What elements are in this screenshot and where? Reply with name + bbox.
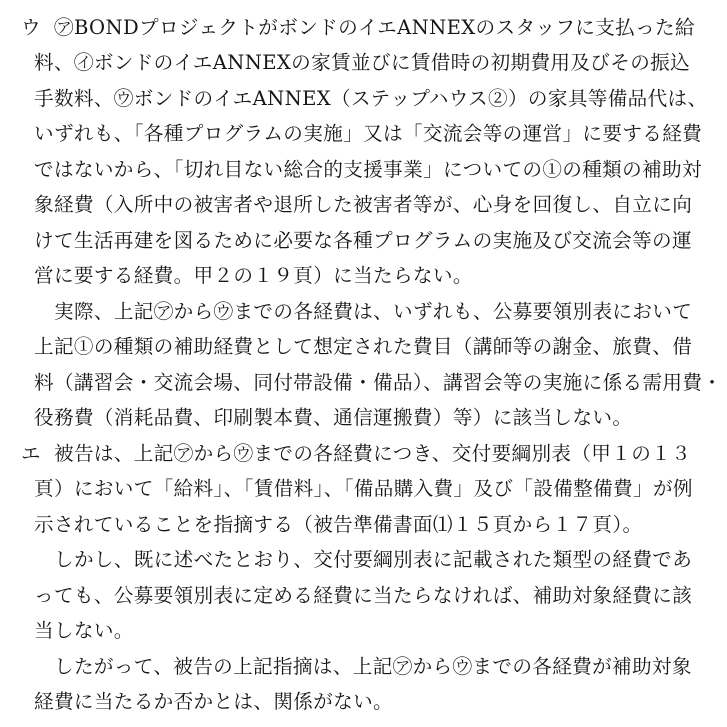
text-line: っても、公募要領別表に定める経費に当たらなければ、補助対象経費に該 [0, 581, 727, 611]
paragraph-line: ㋐BONDプロジェクトがボンドのイエANNEXのスタッフに支払った給 [54, 13, 695, 43]
text-line: 経費に当たるか否かとは、関係がない。 [0, 687, 727, 717]
paragraph-line: 示されていることを指摘する（被告準備書面⑴１５頁から１７頁）。 [34, 510, 642, 540]
text-line: ウ ㋐BONDプロジェクトがボンドのイエANNEXのスタッフに支払った給 [0, 13, 727, 43]
paragraph-line: 上記①の種類の補助経費として想定された費目（講師等の謝金、旅費、借 [34, 332, 692, 362]
paragraph-line: 当しない。 [34, 616, 134, 646]
paragraph-line: 頁）において「給料」、「賃借料」、「備品購入費」及び「設備整備費」が例 [34, 474, 693, 504]
paragraph-line: 象経費（入所中の被害者や退所した被害者等が、心身を回復し、自立に向 [34, 190, 692, 220]
paragraph-line: 経費に当たるか否かとは、関係がない。 [34, 687, 393, 717]
text-line: 料、㋑ボンドのイエANNEXの家賃並びに賃借時の初期費用及びその振込 [0, 48, 727, 78]
text-line: 実際、上記㋐から㋒までの各経費は、いずれも、公募要領別表において [0, 297, 727, 327]
paragraph-line: 実際、上記㋐から㋒までの各経費は、いずれも、公募要領別表において [54, 297, 692, 327]
section-marker-u: ウ [21, 13, 41, 43]
paragraph-line: っても、公募要領別表に定める経費に当たらなければ、補助対象経費に該 [34, 581, 692, 611]
text-line: 当しない。 [0, 616, 727, 646]
text-line: 料（講習会・交流会場、同付帯設備・備品）、講習会等の実施に係る需用費・ [0, 368, 727, 398]
paragraph-line: けて生活再建を図るために必要な各種プログラムの実施及び交流会等の運 [34, 226, 692, 256]
paragraph-line: 被告は、上記㋐から㋒までの各経費につき、交付要綱別表（甲１の１３ [54, 439, 691, 469]
text-line: いずれも、「各種プログラムの実施」又は「交流会等の運営」に要する経費 [0, 119, 727, 149]
text-line: 手数料、㋒ボンドのイエANNEX（ステップハウス②）の家具等備品代は、 [0, 84, 727, 114]
text-line: 上記①の種類の補助経費として想定された費目（講師等の謝金、旅費、借 [0, 332, 727, 362]
text-line: 象経費（入所中の被害者や退所した被害者等が、心身を回復し、自立に向 [0, 190, 727, 220]
paragraph-line: 手数料、㋒ボンドのイエANNEX（ステップハウス②）の家具等備品代は、 [34, 84, 707, 114]
section-marker-e: エ [21, 439, 41, 469]
paragraph-line: 役務費（消耗品費、印刷製本費、通信運搬費）等）に該当しない。 [34, 403, 632, 433]
paragraph-line: したがって、被告の上記指摘は、上記㋐から㋒までの各経費が補助対象 [54, 652, 692, 682]
document-page: ウ ㋐BONDプロジェクトがボンドのイエANNEXのスタッフに支払った給 料、㋑… [0, 0, 727, 727]
text-line: 営に要する経費。甲２の１９頁）に当たらない。 [0, 261, 727, 291]
paragraph-line: 料、㋑ボンドのイエANNEXの家賃並びに賃借時の初期費用及びその振込 [34, 48, 690, 78]
text-line: 頁）において「給料」、「賃借料」、「備品購入費」及び「設備整備費」が例 [0, 474, 727, 504]
paragraph-line: いずれも、「各種プログラムの実施」又は「交流会等の運営」に要する経費 [34, 119, 702, 149]
paragraph-line: しかし、既に述べたとおり、交付要綱別表に記載された類型の経費であ [54, 545, 692, 575]
text-line: ではないから、「切れ目ない総合的支援事業」についての①の種類の補助対 [0, 155, 727, 185]
paragraph-line: 料（講習会・交流会場、同付帯設備・備品）、講習会等の実施に係る需用費・ [34, 368, 722, 398]
paragraph-line: 営に要する経費。甲２の１９頁）に当たらない。 [34, 261, 473, 291]
text-line: しかし、既に述べたとおり、交付要綱別表に記載された類型の経費であ [0, 545, 727, 575]
text-line: 示されていることを指摘する（被告準備書面⑴１５頁から１７頁）。 [0, 510, 727, 540]
text-line: したがって、被告の上記指摘は、上記㋐から㋒までの各経費が補助対象 [0, 652, 727, 682]
text-line: 役務費（消耗品費、印刷製本費、通信運搬費）等）に該当しない。 [0, 403, 727, 433]
paragraph-line: ではないから、「切れ目ない総合的支援事業」についての①の種類の補助対 [34, 155, 702, 185]
text-line: けて生活再建を図るために必要な各種プログラムの実施及び交流会等の運 [0, 226, 727, 256]
text-line: エ 被告は、上記㋐から㋒までの各経費につき、交付要綱別表（甲１の１３ [0, 439, 727, 469]
